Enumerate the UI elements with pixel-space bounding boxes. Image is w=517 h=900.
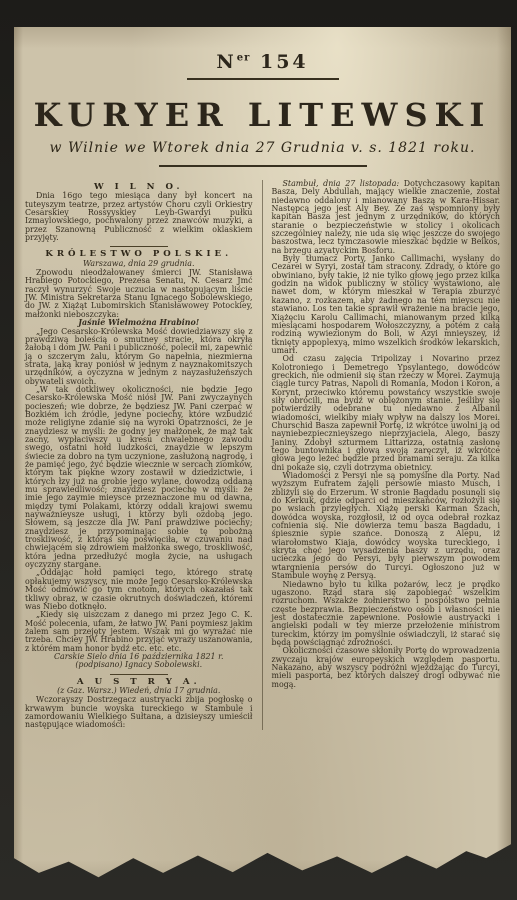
issue-number-prefix: N bbox=[216, 51, 236, 73]
section-heading-krolestwo-polskie: KRÓLESTWO POLSKIE. bbox=[25, 250, 253, 258]
letter-paragraph-2: „W tak dotkliwey okoliczności, nie będzi… bbox=[25, 386, 253, 570]
paper-title: KURYER LITEWSKI bbox=[14, 96, 511, 134]
section-divider bbox=[110, 246, 168, 247]
austrya-paragraph: Wczorayszy Dostrzegacz austryacki zbija … bbox=[25, 696, 253, 729]
letter-signature: (podpisano) Ignacy Sobolewski. bbox=[25, 661, 253, 669]
stambul-paragraph-1: Stambuł, dnia 27 listopada: Dotychczasow… bbox=[272, 180, 501, 255]
masthead: Ner 154 KURYER LITEWSKI w Wilnie we Wtor… bbox=[14, 51, 511, 167]
issue-number-superscript: er bbox=[237, 53, 251, 64]
issue-number: Ner 154 bbox=[14, 51, 511, 73]
stambul-paragraph-4: Wiadomości z Persyi nie są pomyślne dla … bbox=[272, 472, 501, 580]
paper-dateline: w Wilnie we Wtorek dnia 27 Grudnia v. s.… bbox=[14, 140, 511, 156]
letter-paragraph-3: „Oddając hołd pamięci tego, którego stra… bbox=[25, 569, 253, 611]
scan-background: Ner 154 KURYER LITEWSKI w Wilnie we Wtor… bbox=[0, 0, 517, 900]
section-divider bbox=[110, 674, 168, 675]
warszawa-dateline: Warszawa, dnia 29 grudnia. bbox=[25, 260, 253, 268]
letter-paragraph-1: „Jego Cesarsko-Królewska Mość dowiedziaw… bbox=[25, 328, 253, 386]
letter-paragraph-4: „Kiedy się uiszczam z danego mi przez Je… bbox=[25, 611, 253, 653]
stambul-paragraph-2: Były tłumacz Porty, Janko Callimachi, wy… bbox=[272, 255, 501, 355]
wieden-dateline: (z Gaz. Warsz.) Wiedeń, dnia 17 grudnia. bbox=[25, 687, 253, 695]
right-column: Stambuł, dnia 27 listopada: Dotychczasow… bbox=[263, 180, 501, 730]
stambul-paragraph-6: Okoliczności czasowe skłoniły Portę do w… bbox=[272, 647, 501, 689]
newspaper-page: Ner 154 KURYER LITEWSKI w Wilnie we Wtor… bbox=[14, 27, 511, 900]
masthead-rule-bottom bbox=[159, 165, 367, 167]
stambul-paragraph-5: Niedawno było tu kilka pożarów, lecz je … bbox=[272, 581, 501, 648]
masthead-rule-top bbox=[187, 78, 339, 80]
section-heading-austrya: A U S T R Y A. bbox=[25, 678, 253, 686]
issue-number-value: 154 bbox=[260, 51, 309, 73]
stambul-paragraph-1-text: Dotychczasowy kapitan Basza, Dely Abdull… bbox=[272, 179, 501, 255]
wilno-paragraph: Dnia 16go tego miesiąca dany był koncert… bbox=[25, 192, 253, 242]
left-column: W I L N O. Dnia 16go tego miesiąca dany … bbox=[25, 180, 263, 730]
wieden-date: Wiedeń, dnia 17 grudnia. bbox=[119, 686, 220, 695]
section-heading-wilno: W I L N O. bbox=[25, 183, 253, 191]
krolestwo-intro-paragraph: Zpowodu nieodżałowaney śmierci JW. Stani… bbox=[25, 269, 253, 319]
stambul-paragraph-3: Od czasu zajęcia Tripolizay i Novarino p… bbox=[272, 355, 501, 472]
article-columns: W I L N O. Dnia 16go tego miesiąca dany … bbox=[14, 180, 511, 730]
source-citation: (z Gaz. Warsz.) bbox=[57, 686, 117, 695]
